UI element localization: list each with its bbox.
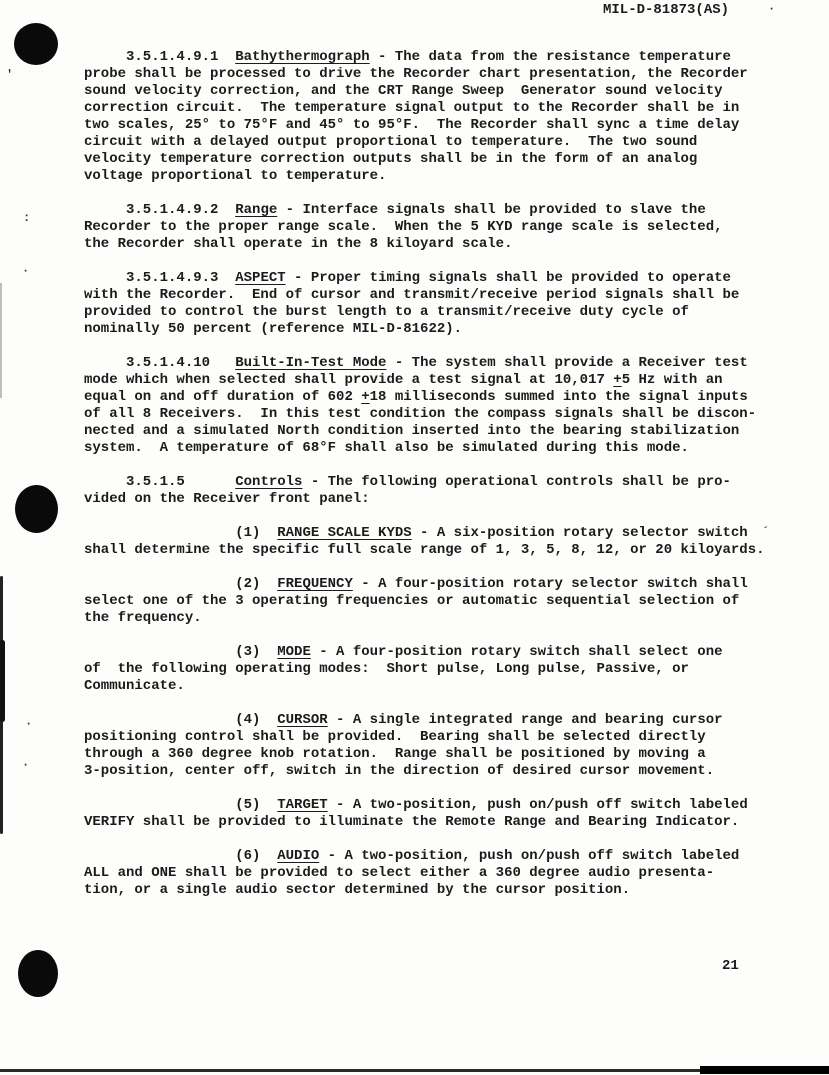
text-line: of the following operating modes: Short … bbox=[84, 661, 765, 678]
hole-punch-mark-bottom bbox=[18, 950, 58, 997]
text-line: mode which when selected shall provide a… bbox=[84, 372, 765, 389]
scan-speck-mark: · bbox=[25, 719, 32, 729]
text-line: 3.5.1.5 Controls - The following operati… bbox=[84, 474, 765, 491]
text-line: system. A temperature of 68°F shall also… bbox=[84, 440, 765, 457]
scan-speck-mark: · bbox=[22, 760, 29, 770]
text-line: tion, or a single audio sector determine… bbox=[84, 882, 765, 899]
scan-speck-mark: · bbox=[22, 266, 29, 276]
paragraph: 3.5.1.4.10 Built-In-Test Mode - The syst… bbox=[84, 355, 765, 457]
text-line: sound velocity correction, and the CRT R… bbox=[84, 83, 765, 100]
paragraph: (4) CURSOR - A single integrated range a… bbox=[84, 712, 765, 780]
text-line: (3) MODE - A four-position rotary switch… bbox=[84, 644, 765, 661]
text-line: (1) RANGE SCALE KYDS - A six-position ro… bbox=[84, 525, 765, 542]
text-line: nominally 50 percent (reference MIL-D-81… bbox=[84, 321, 765, 338]
scan-speck-mark: · bbox=[768, 4, 775, 14]
text-line: vided on the Receiver front panel: bbox=[84, 491, 765, 508]
text-line: velocity temperature correction outputs … bbox=[84, 151, 765, 168]
text-line: the frequency. bbox=[84, 610, 765, 627]
document-id-header: MIL-D-81873(AS) bbox=[603, 2, 729, 19]
paragraph: (1) RANGE SCALE KYDS - A six-position ro… bbox=[84, 525, 765, 559]
text-line: two scales, 25° to 75°F and 45° to 95°F.… bbox=[84, 117, 765, 134]
text-line: Recorder to the proper range scale. When… bbox=[84, 219, 765, 236]
text-line: shall determine the specific full scale … bbox=[84, 542, 765, 559]
text-line: 3.5.1.4.9.3 ASPECT - Proper timing signa… bbox=[84, 270, 765, 287]
text-line: nected and a simulated North condition i… bbox=[84, 423, 765, 440]
paragraph: 3.5.1.4.9.2 Range - Interface signals sh… bbox=[84, 202, 765, 253]
text-line: (2) FREQUENCY - A four-position rotary s… bbox=[84, 576, 765, 593]
text-line: positioning control shall be provided. B… bbox=[84, 729, 765, 746]
text-line: through a 360 degree knob rotation. Rang… bbox=[84, 746, 765, 763]
document-body: 3.5.1.4.9.1 Bathythermograph - The data … bbox=[84, 49, 765, 916]
text-line: select one of the 3 operating frequencie… bbox=[84, 593, 765, 610]
text-line: 3.5.1.4.10 Built-In-Test Mode - The syst… bbox=[84, 355, 765, 372]
paragraph: (6) AUDIO - A two-position, push on/push… bbox=[84, 848, 765, 899]
text-line: equal on and off duration of 602 +18 mil… bbox=[84, 389, 765, 406]
text-line: correction circuit. The temperature sign… bbox=[84, 100, 765, 117]
text-line: provided to control the burst length to … bbox=[84, 304, 765, 321]
paragraph: 3.5.1.4.9.1 Bathythermograph - The data … bbox=[84, 49, 765, 185]
scanned-document-page: MIL-D-81873(AS) 3.5.1.4.9.1 Bathythermog… bbox=[0, 0, 829, 1075]
hole-punch-mark-middle bbox=[15, 485, 58, 533]
text-line: with the Recorder. End of cursor and tra… bbox=[84, 287, 765, 304]
text-line: circuit with a delayed output proportion… bbox=[84, 134, 765, 151]
text-line: (5) TARGET - A two-position, push on/pus… bbox=[84, 797, 765, 814]
text-line: VERIFY shall be provided to illuminate t… bbox=[84, 814, 765, 831]
text-line: 3.5.1.4.9.1 Bathythermograph - The data … bbox=[84, 49, 765, 66]
text-line: the Recorder shall operate in the 8 kilo… bbox=[84, 236, 765, 253]
scan-speck-mark: ´ bbox=[762, 527, 769, 537]
text-line: voltage proportional to temperature. bbox=[84, 168, 765, 185]
text-line: probe shall be processed to drive the Re… bbox=[84, 66, 765, 83]
scan-speck-mark: ' bbox=[6, 70, 13, 80]
text-line: 3-position, center off, switch in the di… bbox=[84, 763, 765, 780]
text-line: ALL and ONE shall be provided to select … bbox=[84, 865, 765, 882]
page-number: 21 bbox=[722, 958, 739, 975]
paragraph: (5) TARGET - A two-position, push on/pus… bbox=[84, 797, 765, 831]
text-line: 3.5.1.4.9.2 Range - Interface signals sh… bbox=[84, 202, 765, 219]
paragraph: (2) FREQUENCY - A four-position rotary s… bbox=[84, 576, 765, 627]
scan-speck-mark: : bbox=[23, 213, 30, 223]
scan-bottom-edge-bar bbox=[700, 1066, 829, 1074]
scan-edge-streak bbox=[0, 640, 5, 722]
hole-punch-mark-top bbox=[14, 23, 58, 65]
text-line: (6) AUDIO - A two-position, push on/push… bbox=[84, 848, 765, 865]
text-line: (4) CURSOR - A single integrated range a… bbox=[84, 712, 765, 729]
text-line: of all 8 Receivers. In this test conditi… bbox=[84, 406, 765, 423]
text-line: Communicate. bbox=[84, 678, 765, 695]
paragraph: 3.5.1.4.9.3 ASPECT - Proper timing signa… bbox=[84, 270, 765, 338]
paragraph: (3) MODE - A four-position rotary switch… bbox=[84, 644, 765, 695]
paragraph: 3.5.1.5 Controls - The following operati… bbox=[84, 474, 765, 508]
scan-edge-streak bbox=[0, 283, 2, 398]
